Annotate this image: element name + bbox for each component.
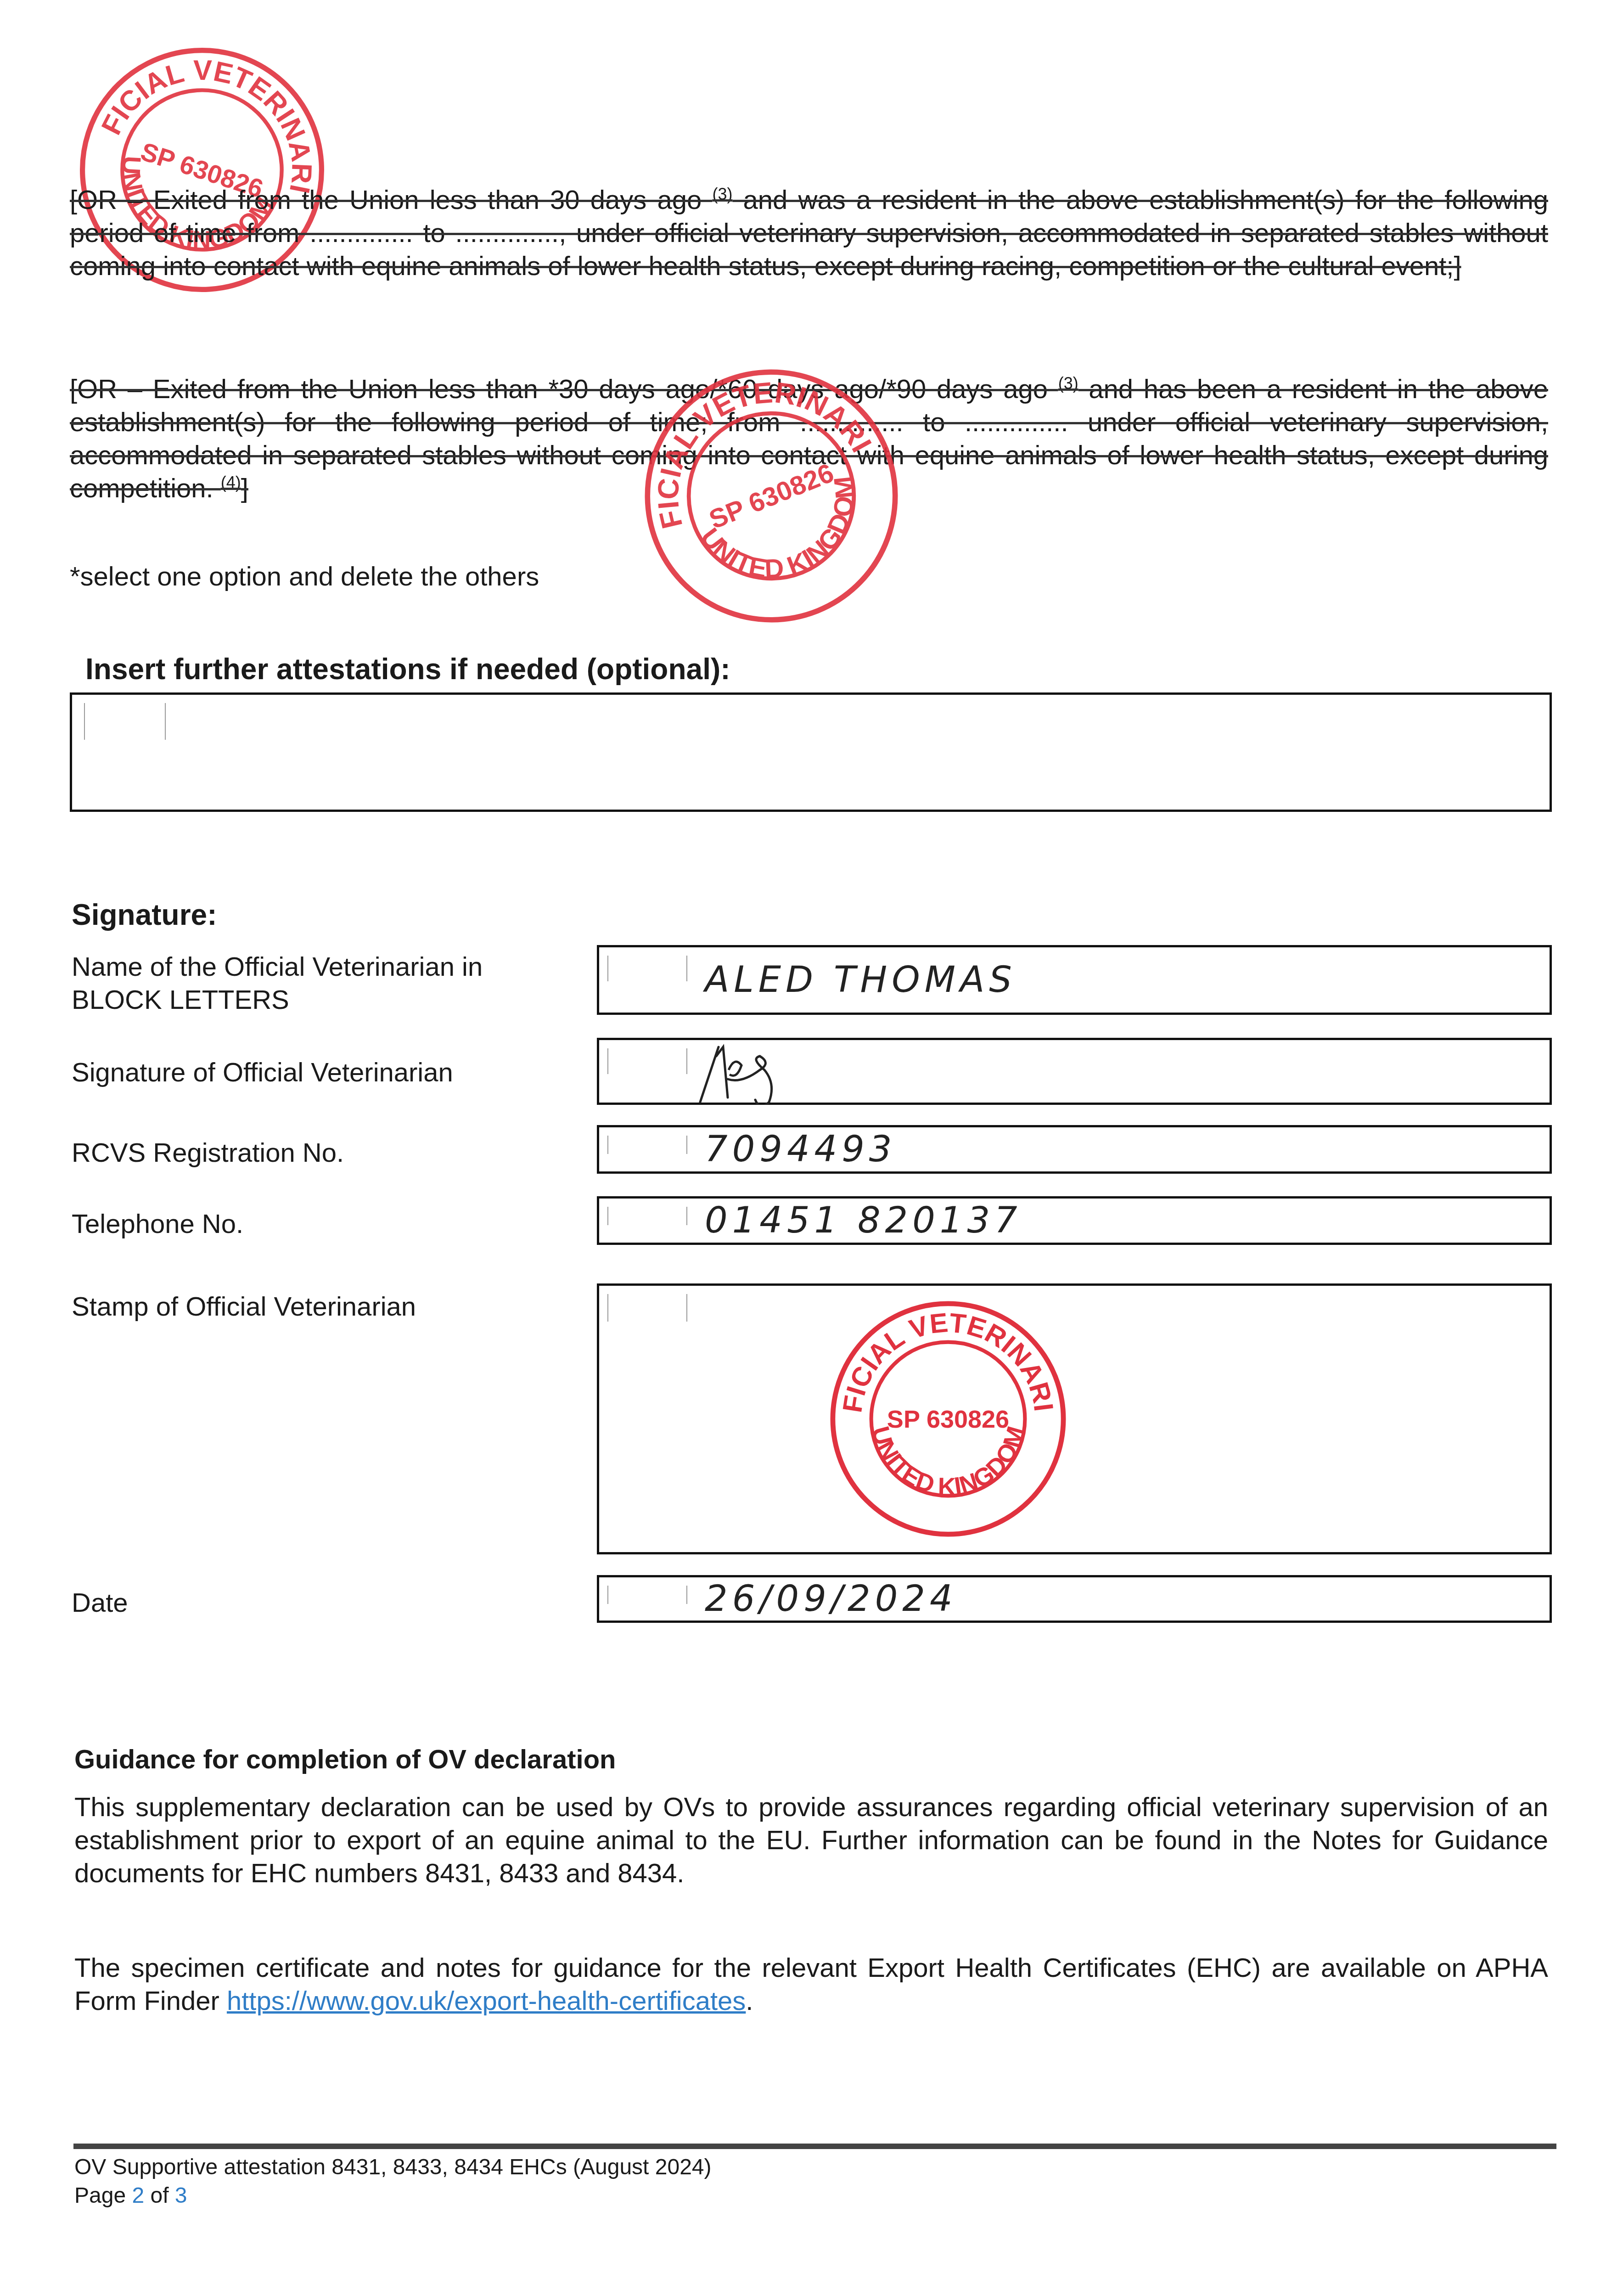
official-veterinarian-stamp-top: OFFICIAL VETERINARIAN UNITED KINGDOM SP … [40, 8, 364, 332]
select-option-note: *select one option and delete the others [70, 560, 539, 593]
telephone-value: 01451 820137 [705, 1199, 1022, 1243]
attestation-option-a: [OR – Exited from the Union less than 30… [70, 184, 1548, 283]
svg-text:OFFICIAL VETERINARIAN: OFFICIAL VETERINARIAN [824, 1295, 1059, 1415]
label-telephone: Telephone No. [72, 1208, 577, 1241]
ov-signature-field[interactable] [597, 1038, 1552, 1105]
label-rcvs-registration: RCVS Registration No. [72, 1137, 577, 1170]
export-health-certificates-link[interactable]: https://www.gov.uk/export-health-certifi… [227, 1986, 746, 2016]
guidance-paragraph-2: The specimen certificate and notes for g… [74, 1952, 1548, 2018]
further-attestations-heading: Insert further attestations if needed (o… [85, 652, 730, 686]
label-ov-name: Name of the Official Veterinarian in BLO… [72, 951, 554, 1017]
svg-text:SP 630826: SP 630826 [705, 458, 838, 535]
ov-stamp-field[interactable]: OFFICIAL VETERINARIAN UNITED KINGDOM SP … [597, 1283, 1552, 1554]
date-value: 26/09/2024 [705, 1577, 957, 1621]
date-field[interactable]: 26/09/2024 [597, 1575, 1552, 1623]
guidance-heading: Guidance for completion of OV declaratio… [74, 1744, 616, 1775]
footer-divider [73, 2144, 1556, 2149]
handwritten-signature [691, 1035, 875, 1104]
svg-text:SP 630826: SP 630826 [887, 1406, 1009, 1433]
telephone-field[interactable]: 01451 820137 [597, 1196, 1552, 1245]
label-date: Date [72, 1587, 577, 1620]
rcvs-registration-field[interactable]: 7094493 [597, 1125, 1552, 1174]
guidance-paragraph-1: This supplementary declaration can be us… [74, 1791, 1548, 1890]
rcvs-registration-value: 7094493 [705, 1127, 896, 1171]
footer-page-number: Page 2 of 3 [74, 2182, 187, 2210]
svg-text:UNITED KINGDOM: UNITED KINGDOM [866, 1423, 1030, 1501]
label-ov-signature: Signature of Official Veterinarian [72, 1056, 577, 1089]
ov-name-value: ALED THOMAS [705, 947, 1016, 1013]
further-attestations-input[interactable] [70, 692, 1552, 812]
ov-name-field[interactable]: ALED THOMAS [597, 945, 1552, 1015]
label-ov-stamp: Stamp of Official Veterinarian [72, 1290, 577, 1323]
signature-heading: Signature: [72, 898, 217, 932]
footer-doc-title: OV Supportive attestation 8431, 8433, 84… [74, 2154, 712, 2181]
official-veterinarian-stamp-box: OFFICIAL VETERINARIAN UNITED KINGDOM SP … [824, 1295, 1072, 1543]
